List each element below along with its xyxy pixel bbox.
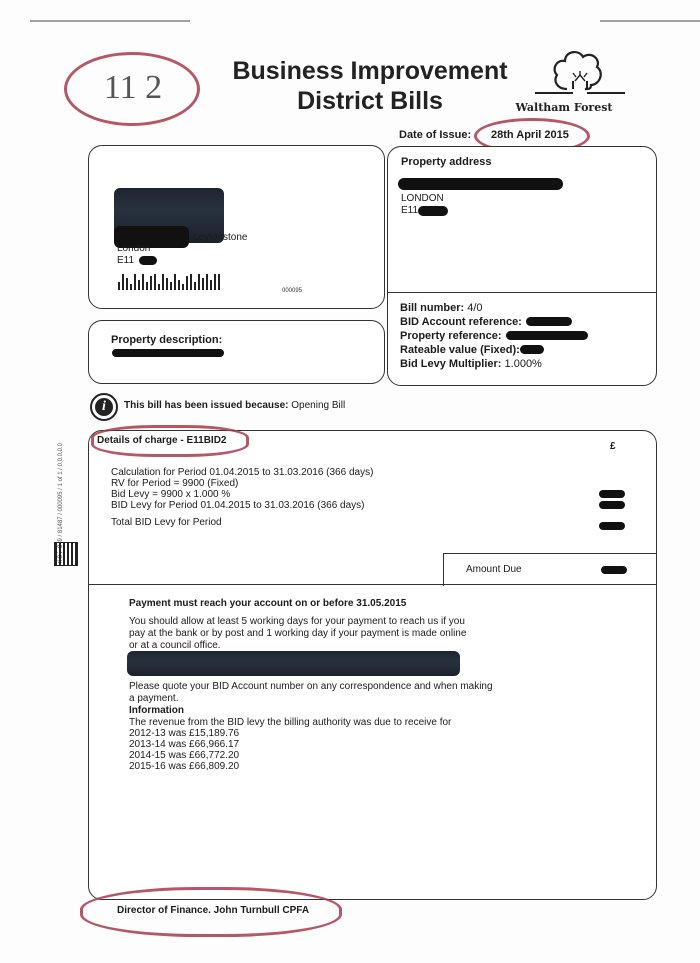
total-levy-label: Total BID Levy for Period: [111, 517, 222, 529]
property-description-box: Property description:: [88, 320, 385, 384]
redacted-payment-details: [127, 651, 460, 676]
recipient-address-box: Leytonstone London E11 000095: [88, 145, 385, 309]
details-of-charge-box: Details of charge - E11BID2 £ Calculatio…: [88, 430, 657, 900]
redacted-property-street: [398, 178, 563, 190]
redacted-property-postcode: [418, 206, 448, 216]
bill-number-value: 4/0: [467, 302, 482, 314]
redacted-description: [112, 349, 224, 357]
mail-sequence: 000095: [282, 288, 302, 294]
property-city: LONDON: [401, 193, 444, 205]
tree-logo-icon: [535, 45, 625, 103]
redacted-rateable-value: [520, 345, 544, 354]
property-address-box: Property address LONDON E11 Bill number:…: [387, 146, 657, 386]
recipient-city: London: [117, 243, 150, 255]
scan-artifact: [600, 20, 700, 22]
handwritten-circle: [91, 425, 249, 457]
title-line-1: Business Improvement: [210, 56, 530, 86]
divider: [388, 292, 656, 293]
date-of-issue-label: Date of Issue:: [399, 129, 471, 141]
amount-due-label: Amount Due: [466, 564, 522, 576]
redacted-property-reference: [506, 331, 588, 340]
levy-multiplier-value: 1.000%: [505, 358, 542, 370]
datamatrix-code: [54, 542, 78, 566]
redacted-amount-due: [601, 566, 627, 574]
divider: [89, 584, 656, 585]
title-line-2: District Bills: [210, 86, 530, 116]
handwritten-circle: [80, 887, 342, 937]
redacted-amount: [599, 501, 625, 509]
rateable-value-label: Rateable value (Fixed):: [400, 344, 520, 356]
property-address-label: Property address: [401, 156, 491, 168]
redacted-amount: [599, 490, 625, 498]
scan-artifact: [30, 20, 190, 22]
property-reference-label: Property reference:: [400, 330, 502, 342]
redacted-total: [599, 522, 625, 530]
bid-account-label: BID Account reference:: [400, 316, 522, 328]
payment-allow-text: You should allow at least 5 working days…: [129, 616, 469, 652]
levy-multiplier-label: Bid Levy Multiplier: 1.000%: [400, 358, 542, 370]
property-description-label: Property description:: [111, 334, 222, 346]
recipient-postcode: E11: [117, 255, 134, 267]
info-icon: i: [90, 393, 118, 421]
handwritten-circle: [64, 52, 200, 126]
bill-number-label: Bill number: 4/0: [400, 302, 483, 314]
redacted-postcode: [139, 256, 157, 265]
revenue-row: 2015-16 was £66,809.20: [129, 761, 239, 773]
page-title: Business Improvement District Bills: [210, 56, 530, 116]
bill-reason: This bill has been issued because: Openi…: [124, 400, 345, 411]
redacted-bid-account: [526, 317, 572, 326]
bill-reason-value: Opening Bill: [291, 400, 345, 411]
recipient-street-suffix: Leytonstone: [193, 232, 248, 244]
quote-account-text: Please quote your BID Account number on …: [129, 681, 494, 705]
bill-reason-label: This bill has been issued because:: [124, 400, 289, 411]
amount-due-cell: Amount Due: [443, 553, 657, 586]
postal-barcode: [118, 274, 220, 290]
payment-deadline: Payment must reach your account on or be…: [129, 598, 406, 609]
council-name: Waltham Forest: [507, 101, 621, 114]
information-heading: Information: [129, 705, 184, 716]
charge-line: BID Levy for Period 01.04.2015 to 31.03.…: [111, 500, 365, 512]
currency-symbol: £: [610, 441, 616, 452]
property-postcode: E11: [401, 205, 418, 217]
